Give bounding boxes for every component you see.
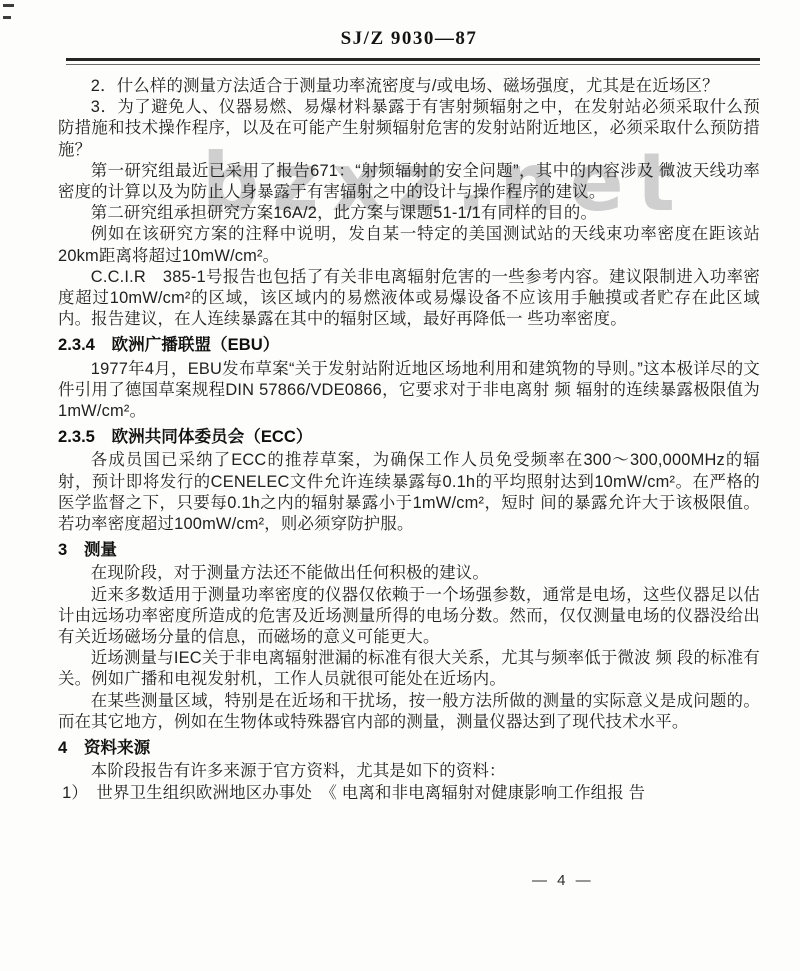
heading-2-3-4-ebu: 2.3.4 欧洲广播联盟（EBU）	[58, 334, 760, 355]
paragraph-ebu-draft: 1977年4月，EBU发布草案“关于发射站附近地区场地利用和建筑物的导则。”这本…	[58, 359, 760, 423]
paragraph-measurement-regions: 在某些测量区域，特别是在近场和干扰场，按一般方法所做的测量的实际意义是成问题的。…	[58, 691, 760, 733]
heading-4-data-sources: 4 资料来源	[58, 737, 760, 758]
paragraph-near-field-iec: 近场测量与IEC关于非电离辐射泄漏的标准有很大关系，尤其与频率低于微波 频 段的…	[58, 648, 760, 690]
paragraph-measurement-status: 在现阶段，对于测量方法还不能做出任何积极的建议。	[58, 563, 760, 584]
paragraph-question-2: 2．什么样的测量方法适合于测量功率流密度与/或电场、磁场强度，尤其是在近场区？	[58, 76, 760, 97]
scanned-document-page: bzxz.net SJ/Z 9030—87 2．什么样的测量方法适合于测量功率流…	[0, 0, 800, 971]
heading-2-3-5-ecc: 2.3.5 欧洲共同体委员会（ECC）	[58, 426, 760, 447]
heading-3-measurement: 3 测量	[58, 539, 760, 560]
list-item-source-1: 1） 世界卫生组织欧洲地区办事处 《 电离和非电离辐射对健康影响工作组报 告	[58, 783, 760, 804]
page-number: — 4 —	[532, 872, 594, 889]
paragraph-ecc-recommendation: 各成员国已采纳了ECC的推荐草案，为确保工作人员免受频率在300～300,000…	[58, 450, 760, 535]
paragraph-sources-intro: 本阶段报告有许多来源于官方资料，尤其是如下的资料：	[58, 761, 760, 782]
document-number-header: SJ/Z 9030—87	[58, 28, 760, 52]
scan-artifact-mark	[3, 16, 11, 19]
header-rule	[66, 58, 760, 65]
paragraph-question-3: 3．为了避免人、仪器易燃、易爆材料暴露于有害射频辐射之中，在发射站必须采取什么预…	[58, 97, 760, 161]
paragraph-study-group-2: 第二研究组承担研究方案16A/2，此方案与课题51-1/1有同样的目的。	[58, 203, 760, 224]
paragraph-study-group-1: 第一研究组最近已采用了报告671：“射频辐射的安全问题”，其中的内容涉及 微波天…	[58, 161, 760, 203]
page-content: SJ/Z 9030—87 2．什么样的测量方法适合于测量功率流密度与/或电场、磁…	[58, 28, 760, 804]
paragraph-instruments: 近来多数适用于测量功率密度的仪器仅依赖于一个场强参数，通常是电场，这些仪器足以估…	[58, 585, 760, 649]
scan-artifact-mark	[3, 4, 14, 7]
paragraph-test-station-example: 例如在该研究方案的注释中说明，发自某一特定的美国测试站的天线束功率密度在距该站2…	[58, 224, 760, 266]
paragraph-ccir-report: C.C.I.R 385-1号报告也包括了有关非电离辐射危害的一些参考内容。建议限…	[58, 267, 760, 331]
